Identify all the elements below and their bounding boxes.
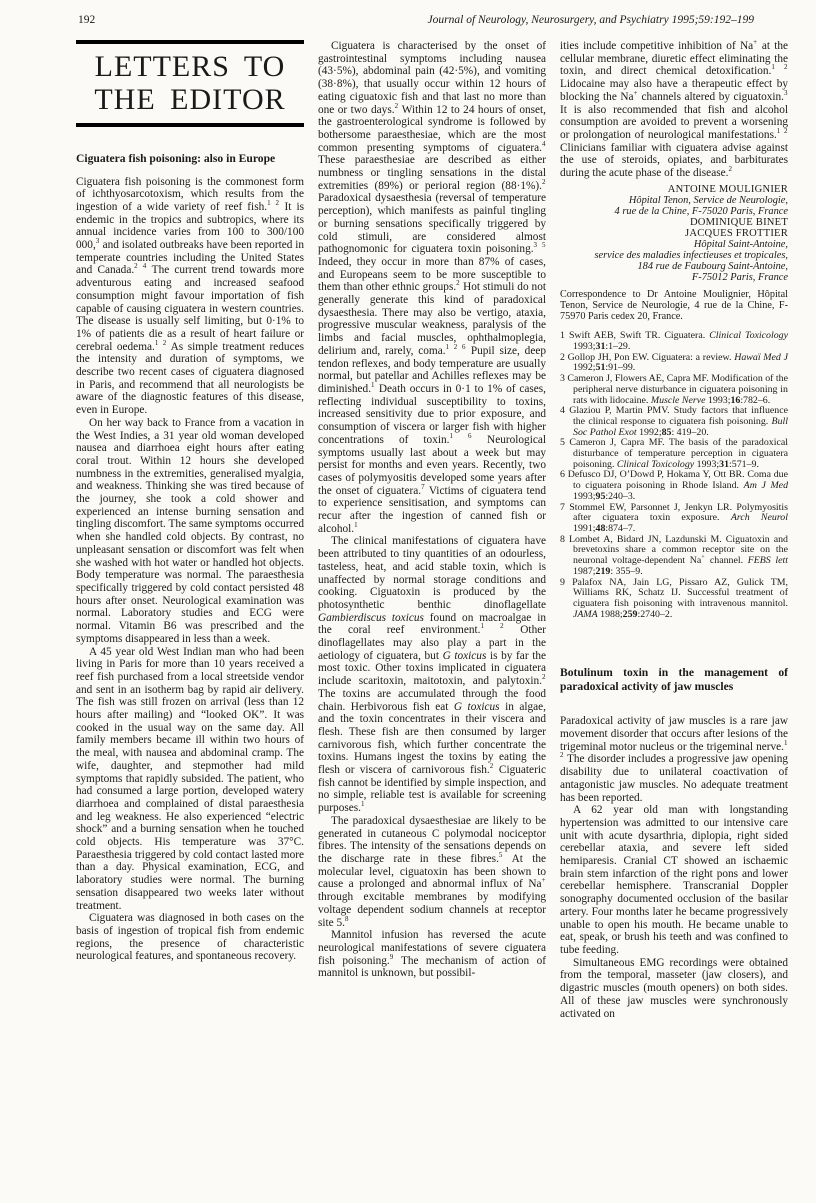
banner-title-line-2: THE EDITOR xyxy=(78,83,302,116)
letter1-paragraph: Ciguatera is characterised by the onset … xyxy=(318,40,546,535)
column-2: Ciguatera is characterised by the onset … xyxy=(318,40,546,1020)
letter1-paragraph: Mannitol infusion has reversed the acute… xyxy=(318,929,546,980)
letter1-paragraph: ities include competitive inhibition of … xyxy=(560,40,788,180)
reference-item: 8 Lombet A, Bidard JN, Lazdunski M. Cigu… xyxy=(560,535,788,578)
banner-title-line-1: LETTERS TO xyxy=(78,50,302,83)
letters-page-body: LETTERS TO THE EDITOR Ciguatera fish poi… xyxy=(76,40,788,1020)
reference-item: 2 Gollop JH, Pon EW. Ciguatera: a review… xyxy=(560,353,788,374)
reference-list: 1 Swift AEB, Swift TR. Ciguatera. Clinic… xyxy=(560,331,788,620)
signatory-address: F-75012 Paris, France xyxy=(560,272,788,283)
signatory-name: ANTOINE MOULIGNIER xyxy=(560,184,788,195)
signature-block: ANTOINE MOULIGNIER Hôpital Tenon, Servic… xyxy=(560,184,788,283)
correspondence-note: Correspondence to Dr Antoine Moulignier,… xyxy=(560,289,788,323)
reference-item: 5 Cameron J, Capra MF. The basis of the … xyxy=(560,438,788,470)
signatory-address: 4 rue de la Chine, F-75020 Paris, France xyxy=(560,206,788,217)
letter2-paragraph: Simultaneous EMG recordings were obtaine… xyxy=(560,957,788,1021)
letter2-paragraph: A 62 year old man with longstanding hype… xyxy=(560,804,788,956)
signatory-address: 184 rue de Faubourg Saint-Antoine, xyxy=(560,261,788,272)
letter1-title: Ciguatera fish poisoning: also in Europe xyxy=(76,152,304,166)
letter1-paragraph: Ciguatera was diagnosed in both cases on… xyxy=(76,912,304,963)
reference-item: 1 Swift AEB, Swift TR. Ciguatera. Clinic… xyxy=(560,331,788,352)
letter1-paragraph: On her way back to France from a vacatio… xyxy=(76,417,304,646)
reference-item: 6 Defusco DJ, O’Dowd P, Hokama Y, Ott BR… xyxy=(560,470,788,502)
letter2-title: Botulinum toxin in the management of par… xyxy=(560,666,788,693)
journal-citation-line: Journal of Neurology, Neurosurgery, and … xyxy=(428,14,754,26)
letter1-paragraph: A 45 year old West Indian man who had be… xyxy=(76,646,304,913)
signatory-address: service des maladies infectieuses et tro… xyxy=(560,250,788,261)
signatory-address: Hôpital Tenon, Service de Neurologie, xyxy=(560,195,788,206)
letter1-paragraph: The paradoxical dysaesthesiae are likely… xyxy=(318,815,546,929)
reference-item: 9 Palafox NA, Jain LG, Pissaro AZ, Gulic… xyxy=(560,578,788,621)
signatory-name: DOMINIQUE BINET xyxy=(560,217,788,228)
page-number: 192 xyxy=(78,14,95,26)
signatory-name: JACQUES FROTTIER xyxy=(560,228,788,239)
column-3: ities include competitive inhibition of … xyxy=(560,40,788,1020)
page-header: 192 Journal of Neurology, Neurosurgery, … xyxy=(78,14,754,26)
signatory-address: Hôpital Saint-Antoine, xyxy=(560,239,788,250)
reference-item: 3 Cameron J, Flowers AE, Capra MF. Modif… xyxy=(560,374,788,406)
journal-page: 192 Journal of Neurology, Neurosurgery, … xyxy=(0,0,816,1203)
reference-item: 7 Stommel EW, Parsonnet J, Jenkyn LR. Po… xyxy=(560,503,788,535)
column-1: LETTERS TO THE EDITOR Ciguatera fish poi… xyxy=(76,40,304,1020)
letter1-paragraph: Ciguatera fish poisoning is the commones… xyxy=(76,176,304,417)
reference-item: 4 Glaziou P, Martin PMV. Study factors t… xyxy=(560,406,788,438)
letter1-paragraph: The clinical manifestations of ciguatera… xyxy=(318,535,546,814)
letter2-paragraph: Paradoxical activity of jaw muscles is a… xyxy=(560,715,788,804)
letters-to-the-editor-banner: LETTERS TO THE EDITOR xyxy=(76,40,304,127)
